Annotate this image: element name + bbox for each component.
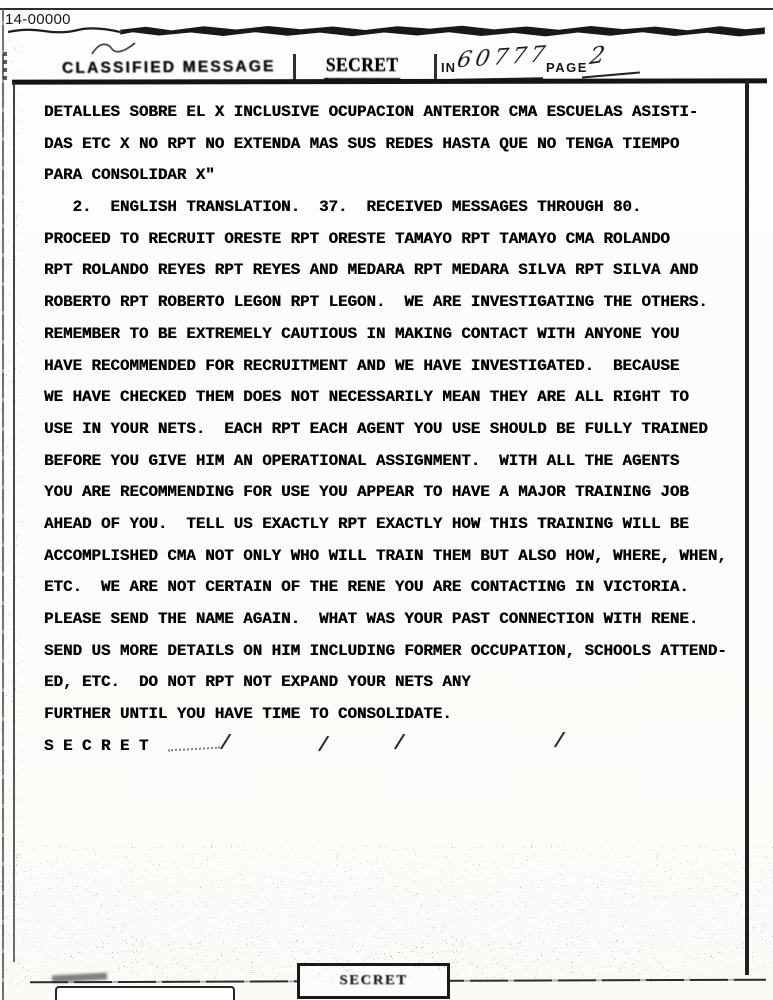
scan-artifact-band [8, 23, 765, 39]
secret-stamp-top: SECRET [324, 54, 400, 80]
in-number-handwritten: 60777 [455, 42, 551, 73]
page-number-label: PAGE [546, 60, 588, 75]
message-line: AHEAD OF YOU. TELL US EXACTLY RPT EXACTL… [44, 509, 750, 541]
scan-artifact-thick-line [120, 25, 765, 37]
message-body: DETALLES SOBRE EL X INCLUSIVE OCUPACION … [44, 97, 750, 762]
message-line: USE IN YOUR NETS. EACH RPT EACH AGENT YO… [44, 414, 750, 446]
message-line: PARA CONSOLIDAR X" [44, 160, 750, 192]
message-line: ED, ETC. DO NOT RPT NOT EXPAND YOUR NETS… [44, 667, 750, 699]
next-page-corner [55, 986, 235, 1000]
secret-stamp-bottom: SECRET [339, 973, 407, 989]
header-divider [434, 54, 437, 82]
message-line: PROCEED TO RECRUIT ORESTE RPT ORESTE TAM… [44, 224, 750, 256]
scanned-document-page: 14-00000 CLASSIFIED MESSAGE SECRET IN 60… [0, 0, 773, 1000]
form-title: CLASSIFIED MESSAGE [62, 58, 276, 78]
message-line: FURTHER UNTIL YOU HAVE TIME TO CONSOLIDA… [44, 699, 750, 731]
content-box-border-left [13, 82, 15, 962]
message-line: YOU ARE RECOMMENDING FOR USE YOU APPEAR … [44, 477, 750, 509]
message-line: DAS ETC X NO RPT NO EXTENDA MAS SUS REDE… [44, 129, 750, 161]
page-border-top [0, 8, 773, 10]
left-margin-marks [3, 52, 7, 82]
message-line: SEND US MORE DETAILS ON HIM INCLUDING FO… [44, 636, 750, 668]
in-number-label: IN [441, 60, 456, 75]
message-line: PLEASE SEND THE NAME AGAIN. WHAT WAS YOU… [44, 604, 750, 636]
message-line: WE HAVE CHECKED THEM DOES NOT NECESSARIL… [44, 382, 750, 414]
message-line: BEFORE YOU GIVE HIM AN OPERATIONAL ASSIG… [44, 446, 750, 478]
message-line: ROBERTO RPT ROBERTO LEGON RPT LEGON. WE … [44, 287, 750, 319]
header-divider [293, 54, 296, 82]
message-line: RPT ROLANDO REYES RPT REYES AND MEDARA R… [44, 255, 750, 287]
message-line: REMEMBER TO BE EXTREMELY CAUTIOUS IN MAK… [44, 319, 750, 351]
message-line: HAVE RECOMMENDED FOR RECRUITMENT AND WE … [44, 351, 750, 383]
secret-stamp-box: SECRET [297, 963, 450, 999]
scan-artifact-thin-line [8, 23, 128, 39]
message-line: DETALLES SOBRE EL X INCLUSIVE OCUPACION … [44, 97, 750, 129]
header-rule [12, 78, 767, 84]
pen-squiggle [90, 40, 138, 57]
page-border-left [2, 8, 4, 1000]
message-line: ACCOMPLISHED CMA NOT ONLY WHO WILL TRAIN… [44, 541, 750, 573]
message-line: 2. ENGLISH TRANSLATION. 37. RECEIVED MES… [44, 192, 750, 224]
message-line: ETC. WE ARE NOT CERTAIN OF THE RENE YOU … [44, 572, 750, 604]
page-number-handwritten: 2 [588, 42, 606, 70]
form-line [582, 71, 640, 78]
